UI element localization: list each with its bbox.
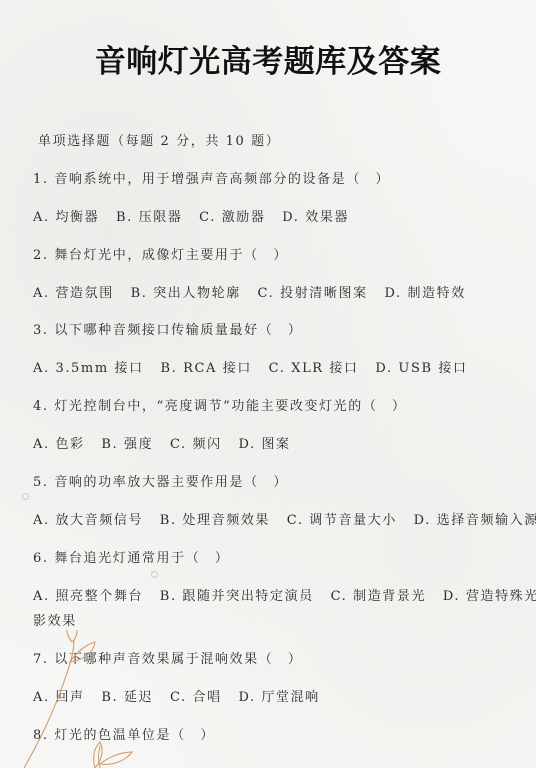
question-2-options: A. 营造氛围 B. 突出人物轮廓 C. 投射清晰图案 D. 制造特效 [33, 282, 466, 301]
option-d: D. 营造特殊光 [443, 589, 536, 604]
option-b: B. 强度 [101, 437, 153, 452]
option-d: D. 制造特效 [384, 286, 465, 301]
option-a: A. 营造氛围 [33, 286, 114, 301]
decorative-dot [22, 493, 29, 500]
question-7-stem: 7. 以下哪种声音效果属于混响效果（ ） [33, 648, 303, 667]
question-8-stem: 8. 灯光的色温单位是（ ） [33, 724, 215, 743]
question-6-options-continued: 影效果 [33, 610, 77, 629]
question-1-options: A. 均衡器 B. 压限器 C. 激励器 D. 效果器 [33, 206, 349, 225]
question-7-options: A. 回声 B. 延迟 C. 合唱 D. 厅堂混响 [33, 686, 320, 705]
option-b: B. 延迟 [101, 690, 153, 705]
option-d: D. 厅堂混响 [238, 690, 319, 705]
question-3-options: A. 3.5mm 接口 B. RCA 接口 C. XLR 接口 D. USB 接… [33, 357, 468, 376]
section-heading: 单项选择题（每题 2 分，共 10 题） [38, 130, 280, 149]
option-b: B. 压限器 [116, 210, 182, 225]
option-c: C. 制造背景光 [331, 589, 427, 604]
question-5-stem: 5. 音响的功率放大器主要作用是（ ） [33, 471, 288, 490]
option-c: C. 频闪 [170, 437, 222, 452]
decorative-dot [151, 571, 158, 578]
option-d: D. 效果器 [282, 210, 349, 225]
question-4-options: A. 色彩 B. 强度 C. 频闪 D. 图案 [33, 433, 291, 452]
question-3-stem: 3. 以下哪种音频接口传输质量最好（ ） [33, 319, 303, 338]
option-d: D. 图案 [238, 437, 290, 452]
option-c: C. XLR 接口 [269, 361, 359, 376]
option-a: A. 回声 [33, 690, 85, 705]
option-a: A. 放大音频信号 [33, 513, 143, 528]
question-2-stem: 2. 舞台灯光中，成像灯主要用于（ ） [33, 244, 288, 263]
page-title: 音响灯光高考题库及答案 [0, 36, 536, 81]
option-a: A. 3.5mm 接口 [33, 361, 144, 376]
question-5-options: A. 放大音频信号 B. 处理音频效果 C. 调节音量大小 D. 选择音频输入源 [33, 509, 536, 528]
option-d: D. 选择音频输入源 [414, 513, 536, 528]
option-a: A. 色彩 [33, 437, 85, 452]
question-6-stem: 6. 舞台追光灯通常用于（ ） [33, 547, 230, 566]
option-b: B. 跟随并突出特定演员 [160, 589, 314, 604]
option-c: C. 激励器 [199, 210, 265, 225]
option-b: B. RCA 接口 [160, 361, 251, 376]
option-c: C. 调节音量大小 [287, 513, 397, 528]
option-b: B. 处理音频效果 [160, 513, 270, 528]
option-a: A. 照亮整个舞台 [33, 589, 143, 604]
question-4-stem: 4. 灯光控制台中，“亮度调节”功能主要改变灯光的（ ） [33, 395, 407, 414]
option-a: A. 均衡器 [33, 210, 99, 225]
question-6-options: A. 照亮整个舞台 B. 跟随并突出特定演员 C. 制造背景光 D. 营造特殊光 [33, 585, 536, 604]
question-1-stem: 1. 音响系统中，用于增强声音高频部分的设备是（ ） [33, 168, 390, 187]
option-c: C. 合唱 [170, 690, 222, 705]
option-b: B. 突出人物轮廓 [131, 286, 241, 301]
option-d: D. USB 接口 [375, 361, 467, 376]
option-c: C. 投射清晰图案 [258, 286, 368, 301]
